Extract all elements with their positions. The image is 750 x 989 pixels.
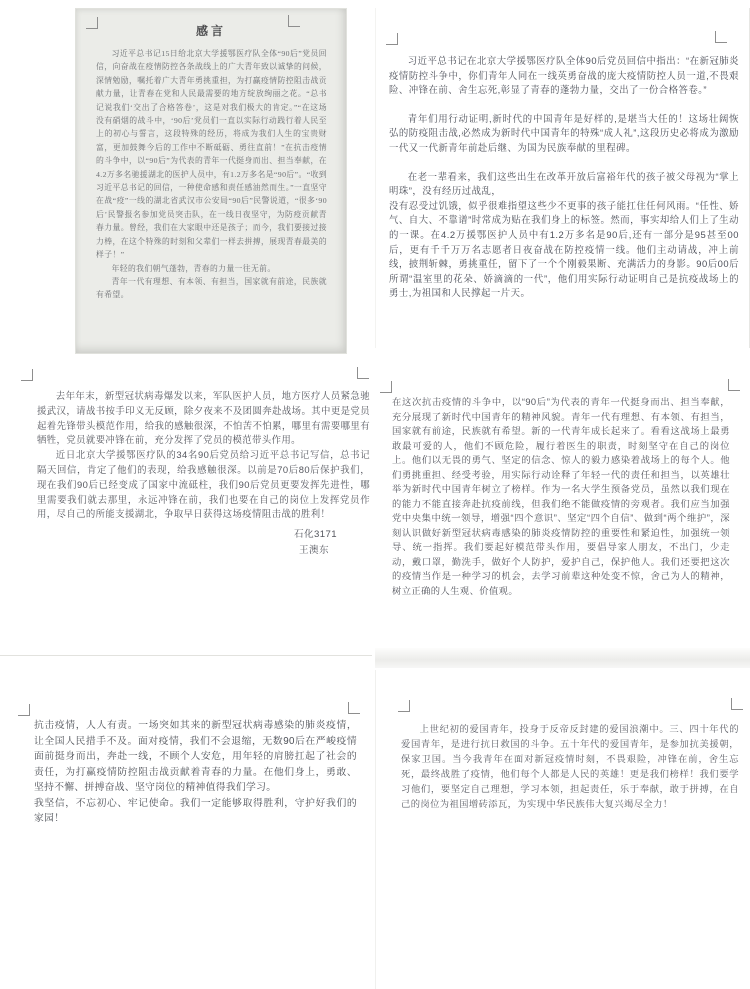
- paragraph: 年轻的我们朝气蓬勃，青春的力量一往无前。: [96, 262, 327, 275]
- essay-scan-struggle: 在这次抗击疫情的斗争中，以“90后”为代表的青年一代挺身而出、担当奉献，充分展现…: [375, 355, 750, 650]
- essay-body: 抗击疫情，人人有责。一场突如其来的新型冠状病毒感染的肺炎疫情，让全国人民措手不及…: [34, 718, 357, 827]
- essay-scan-reply-commentary: 习近平总书记在北京大学援鄂医疗队全体90后党员回信中指出：“在新冠肺炎疫情防控斗…: [375, 8, 750, 348]
- paragraph: 青年们用行动证明,新时代的中国青年是好样的,是堪当大任的！这场壮阔恢弘的防疫阻击…: [389, 112, 739, 156]
- paragraph: 上世纪初的爱国青年，投身于反帝反封建的爱国浪潮中。三、四十年代的爱国青年，是进行…: [401, 722, 739, 812]
- paragraph: 近日北京大学援鄂医疗队的34名90后党员给习近平总书记写信，总书记隔天回信，肯定…: [37, 448, 370, 522]
- essay-body: 在这次抗击疫情的斗争中，以“90后”为代表的青年一代挺身而出、担当奉献，充分展现…: [392, 395, 730, 598]
- crop-mark-left-icon: [386, 33, 398, 45]
- essay-scan-party-member: 去年年末，新型冠状病毒爆发以来，军队医护人员，地方医疗人员紧急驰援武汉，请战书按…: [0, 355, 372, 656]
- essay-body: 习近平总书记15日给北京大学援鄂医疗队全体“90后”党员回信，向奋战在疫情防控各…: [96, 47, 327, 302]
- signature-name: 王澳东: [299, 543, 370, 559]
- photo-edge-shadow: [375, 648, 750, 668]
- crop-mark-left-icon: [398, 700, 410, 712]
- paragraph: 青年一代有理想、有本领、有担当，国家就有前途，民族就有希望。: [96, 275, 327, 302]
- essay-photo-reflection: 感言 习近平总书记15日给北京大学援鄂医疗队全体“90后”党员回信，向奋战在疫情…: [75, 8, 347, 354]
- crop-mark-right-icon: [731, 698, 743, 710]
- paragraph: 在这次抗击疫情的斗争中，以“90后”为代表的青年一代挺身而出、担当奉献，充分展现…: [392, 395, 730, 598]
- essay-scan-patriotic-youth: 上世纪初的爱国青年，投身于反帝反封建的爱国浪潮中。三、四十年代的爱国青年，是进行…: [375, 670, 750, 989]
- paragraph: 习近平总书记在北京大学援鄂医疗队全体90后党员回信中指出：“在新冠肺炎疫情防控斗…: [389, 54, 739, 98]
- paragraph: 没有忍受过饥饿，似乎很难指望这些少不更事的孩子能扛住任何风雨。“任性、娇气、自大…: [389, 199, 739, 301]
- paragraph: 抗击疫情，人人有责。一场突如其来的新型冠状病毒感染的肺炎疫情，让全国人民措手不及…: [34, 718, 357, 796]
- essay-body: 去年年末，新型冠状病毒爆发以来，军队医护人员，地方医疗人员紧急驰援武汉，请战书按…: [37, 389, 370, 558]
- crop-mark-right-icon: [357, 367, 369, 379]
- crop-mark-right-icon: [348, 702, 360, 714]
- paragraph: 在老一辈看来，我们这些出生在改革开放后富裕年代的孩子被父母视为“掌上明珠”，没有…: [389, 170, 739, 199]
- crop-mark-left-icon: [18, 704, 30, 716]
- essay-body: 习近平总书记在北京大学援鄂医疗队全体90后党员回信中指出：“在新冠肺炎疫情防控斗…: [389, 54, 739, 301]
- paragraph: 我坚信，不忘初心、牢记使命。我们一定能够取得胜利，守护好我们的家园！: [34, 796, 357, 827]
- essay-body: 上世纪初的爱国青年，投身于反帝反封建的爱国浪潮中。三、四十年代的爱国青年，是进行…: [401, 722, 739, 812]
- crop-mark-left-icon: [21, 369, 33, 381]
- signature-unit: 石化3171: [294, 527, 370, 543]
- essay-title: 感言: [76, 22, 346, 39]
- crop-mark-right-icon: [715, 31, 727, 43]
- paragraph: 习近平总书记15日给北京大学援鄂医疗队全体“90后”党员回信，向奋战在疫情防控各…: [96, 47, 327, 262]
- crop-mark-right-icon: [728, 379, 740, 391]
- paragraph: 去年年末，新型冠状病毒爆发以来，军队医护人员，地方医疗人员紧急驰援武汉，请战书按…: [37, 389, 370, 448]
- essay-collage: 感言 习近平总书记15日给北京大学援鄂医疗队全体“90后”党员回信，向奋战在疫情…: [0, 0, 750, 989]
- crop-mark-left-icon: [380, 381, 392, 393]
- essay-scan-fight-epidemic: 抗击疫情，人人有责。一场突如其来的新型冠状病毒感染的肺炎疫情，让全国人民措手不及…: [0, 670, 373, 989]
